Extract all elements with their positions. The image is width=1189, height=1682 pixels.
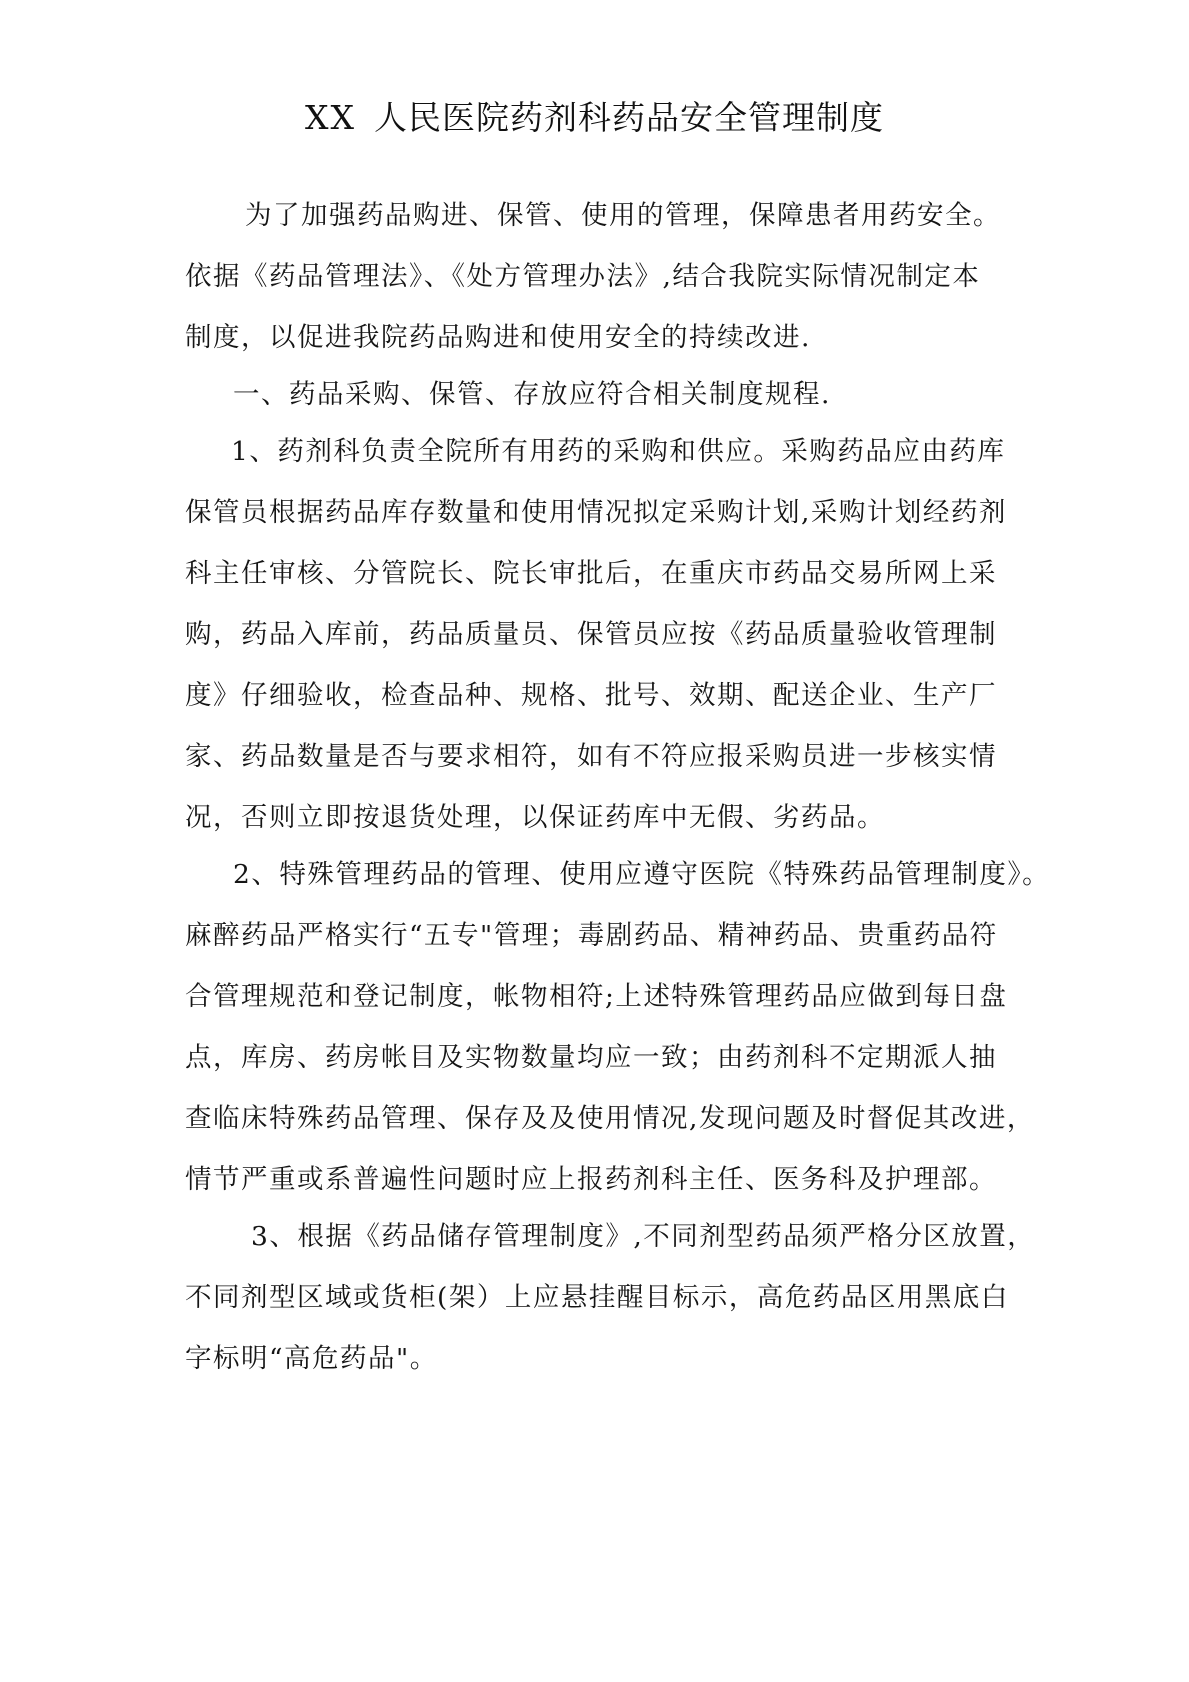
- item-2-line: 合管理规范和登记制度，帐物相符;上述特殊管理药品应做到每日盘: [185, 977, 1025, 1038]
- item-1-line: 科主任审核、分管院长、院长审批后，在重庆市药品交易所网上采: [185, 554, 1025, 615]
- item-1-line: 况，否则立即按退货处理，以保证药库中无假、劣药品。: [185, 798, 1025, 855]
- item-2-line: 查临床特殊药品管理、保存及及使用情况,发现问题及时督促其改进，: [185, 1099, 1025, 1160]
- title-main: 人民医院药剂科药品安全管理制度: [374, 98, 884, 137]
- item-3-line: 不同剂型区域或货柜(架）上应悬挂醒目标示，高危药品区用黑底白: [185, 1278, 1025, 1339]
- item-1-line: 保管员根据药品库存数量和使用情况拟定采购计划,采购计划经药剂: [185, 493, 1025, 554]
- item-1-line: 度》仔细验收，检查品种、规格、批号、效期、配送企业、生产厂: [185, 676, 1025, 737]
- intro-paragraph-line: 制度，以促进我院药品购进和使用安全的持续改进.: [185, 318, 1025, 375]
- item-2-line: 情节严重或系普遍性问题时应上报药剂科主任、医务科及护理部。: [185, 1160, 1025, 1217]
- document-page: XX人民医院药剂科药品安全管理制度 为了加强药品购进、保管、使用的管理，保障患者…: [0, 0, 1189, 1682]
- item-2-line: 点，库房、药房帐目及实物数量均应一致；由药剂科不定期派人抽: [185, 1038, 1025, 1099]
- item-2-line: 2、特殊管理药品的管理、使用应遵守医院《特殊药品管理制度》。: [185, 855, 1025, 916]
- item-3-line: 字标明“高危药品"。: [185, 1339, 1025, 1400]
- intro-paragraph-line: 为了加强药品购进、保管、使用的管理，保障患者用药安全。: [185, 196, 1025, 257]
- intro-paragraph-line: 依据《药品管理法》、《处方管理办法》,结合我院实际情况制定本: [185, 257, 1025, 318]
- item-2-line: 麻醉药品严格实行“五专"管理；毒剧药品、精神药品、贵重药品符: [185, 916, 1025, 977]
- document-title: XX人民医院药剂科药品安全管理制度: [0, 96, 1189, 140]
- section-heading-1: 一、药品采购、保管、存放应符合相关制度规程.: [185, 375, 1025, 432]
- item-1-line: 家、药品数量是否与要求相符，如有不符应报采购员进一步核实情: [185, 737, 1025, 798]
- title-prefix: XX: [305, 98, 356, 137]
- item-1-line: 1、药剂科负责全院所有用药的采购和供应。采购药品应由药库: [185, 432, 1025, 493]
- item-3-line: 3、根据《药品储存管理制度》,不同剂型药品须严格分区放置，: [185, 1217, 1025, 1278]
- item-1-line: 购，药品入库前，药品质量员、保管员应按《药品质量验收管理制: [185, 615, 1025, 676]
- document-body: 为了加强药品购进、保管、使用的管理，保障患者用药安全。 依据《药品管理法》、《处…: [185, 196, 1025, 1400]
